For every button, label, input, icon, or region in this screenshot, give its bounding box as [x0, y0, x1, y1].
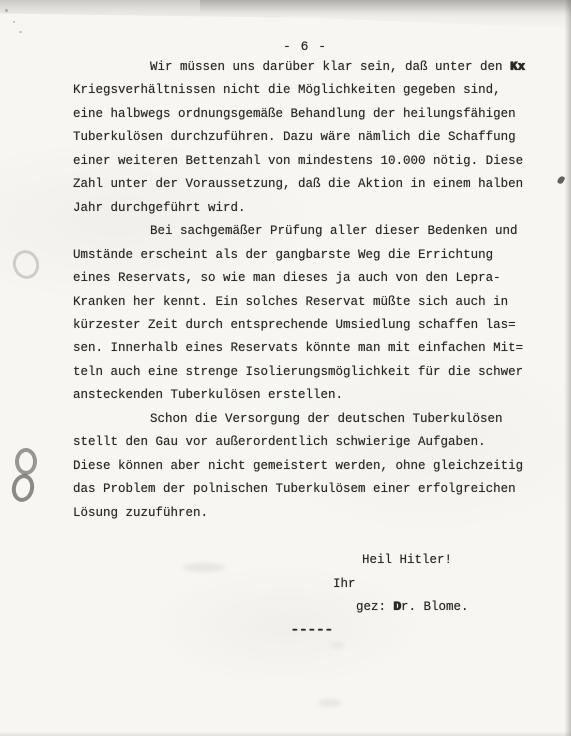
smudge-mark: [318, 699, 342, 707]
body-line: eine halbwegs ordnungsgemäße Behandlung …: [73, 103, 543, 126]
smudge-mark: [330, 642, 344, 648]
body-line: ansteckenden Tuberkulösen erstellen.: [73, 384, 543, 407]
closing-salutation: Heil Hitler!: [73, 549, 543, 572]
body-line: Tuberkulösen durchzuführen. Dazu wäre nä…: [73, 126, 543, 149]
scan-speck-mark: [5, 9, 8, 12]
body-line: Lösung zuzuführen.: [73, 502, 543, 525]
signature-line: gez: Dr. Blome.: [73, 596, 543, 619]
body-line: Zahl unter der Voraussetzung, daß die Ak…: [73, 173, 543, 196]
body-line: einer weiteren Bettenzahl von mindestens…: [73, 150, 543, 173]
body-line: Kranken her kennt. Ein solches Reservat …: [73, 291, 543, 314]
paragraph: Wir müssen uns darüber klar sein, daß un…: [73, 56, 543, 220]
body-line: Wir müssen uns darüber klar sein, daß un…: [73, 56, 543, 79]
body-line: Jahr durchgeführt wird.: [73, 197, 543, 220]
hole-punch-mark: [15, 448, 37, 475]
body-line: eines Reservats, so wie man dieses ja au…: [73, 267, 543, 290]
body-line: Schon die Versorgung der deutschen Tuber…: [73, 408, 543, 431]
scanned-document-page: - 6 - Wir müssen uns darüber klar sein, …: [0, 0, 571, 736]
body-line: sen. Innerhalb eines Reservats könnte ma…: [73, 337, 543, 360]
body-line: Diese können aber nicht gemeistert werde…: [73, 455, 543, 478]
hole-punch-mark: [9, 472, 36, 504]
scan-edge-right-mark: [565, 0, 571, 736]
body-line: Bei sachgemäßer Prüfung aller dieser Bed…: [73, 220, 543, 243]
body-line: Kriegsverhältnissen nicht die Möglichkei…: [73, 79, 543, 102]
body-line: Umstände erscheint als der gangbarste We…: [73, 244, 543, 267]
body-line: stellt den Gau vor außerordentlich schwi…: [73, 431, 543, 454]
document-body: Wir müssen uns darüber klar sein, daß un…: [73, 56, 543, 643]
closing-pronoun: Ihr: [73, 573, 543, 596]
body-line: kürzester Zeit durch entsprechende Umsie…: [73, 314, 543, 337]
body-line-text: Wir müssen uns darüber klar sein, daß un…: [150, 60, 510, 74]
scan-noise-bottom-mark: [0, 731, 571, 736]
scan-shadow-top-right-mark: [200, 0, 571, 14]
end-of-document-dashes: -----: [73, 619, 543, 642]
signature-prefix: gez:: [356, 600, 394, 614]
scan-speck-mark: [13, 21, 15, 23]
page-number: - 6 -: [283, 39, 327, 54]
scan-speck-mark: [19, 31, 22, 33]
hole-punch-ghost-mark: [9, 247, 43, 283]
typewriter-overstrike-letter: D: [394, 600, 402, 614]
closing-block: Heil Hitler! Ihr gez: Dr. Blome. -----: [73, 549, 543, 643]
paragraph: Schon die Versorgung der deutschen Tuber…: [73, 408, 543, 525]
body-line: das Problem der polnischen Tuberkulösem …: [73, 478, 543, 501]
paragraph: Bei sachgemäßer Prüfung aller dieser Bed…: [73, 220, 543, 408]
signature-name: r. Blome.: [401, 600, 469, 614]
body-line: teln auch eine strenge Isolierungsmöglic…: [73, 361, 543, 384]
typewriter-overstrike-correction: Kx: [510, 60, 525, 74]
